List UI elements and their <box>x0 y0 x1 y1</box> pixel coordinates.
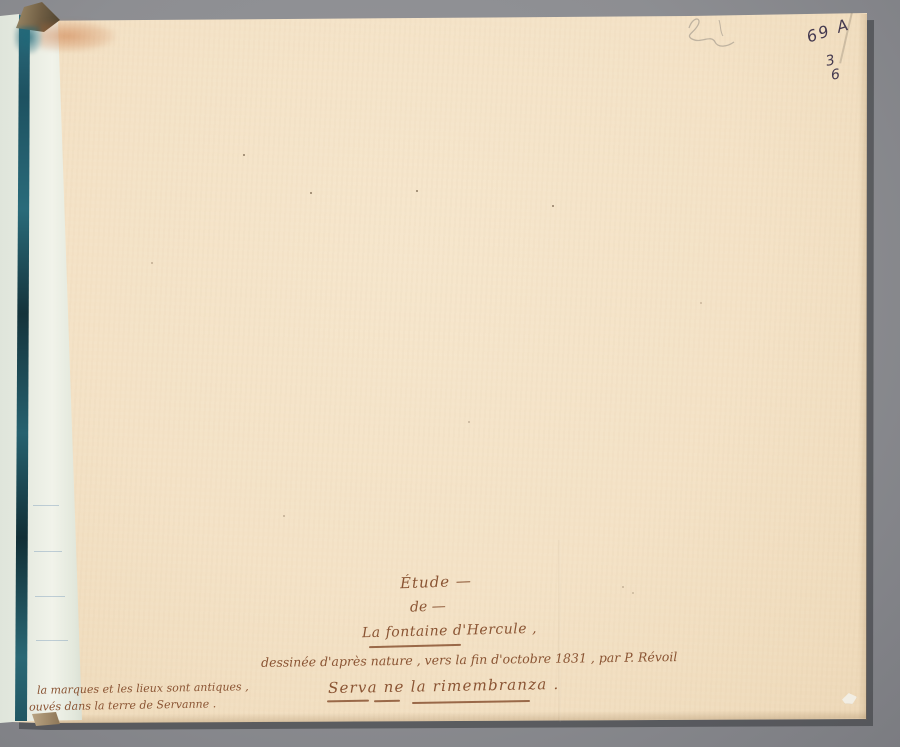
foxing-speck <box>283 515 285 517</box>
foxing-speck <box>151 262 153 264</box>
photograph-of-album-page: Étude — de — La fontaine d'Hercule , des… <box>0 0 900 747</box>
foxing-speck <box>622 586 624 588</box>
ruled-line-mark <box>35 596 65 597</box>
shelf-digit-bottom: 6 <box>830 66 841 83</box>
pencil-scribble <box>675 12 755 62</box>
ruled-line-mark <box>34 551 62 552</box>
title-word-de: de — <box>410 598 446 615</box>
foxing-speck <box>468 421 470 423</box>
faint-vertical-crease <box>558 540 561 722</box>
foxing-speck <box>310 192 312 194</box>
foxing-speck <box>632 592 634 594</box>
ruled-line-mark <box>33 505 59 506</box>
foxing-speck <box>416 190 418 192</box>
foxing-speck <box>700 302 702 304</box>
teal-pigment-smudge <box>14 26 42 54</box>
title-word-etude: Étude — <box>400 572 472 592</box>
rust-stain <box>40 20 116 52</box>
page-right-edge-shading <box>858 14 867 720</box>
foxing-speck <box>243 154 245 156</box>
ruled-line-mark <box>36 640 68 641</box>
foxing-speck <box>552 205 554 207</box>
